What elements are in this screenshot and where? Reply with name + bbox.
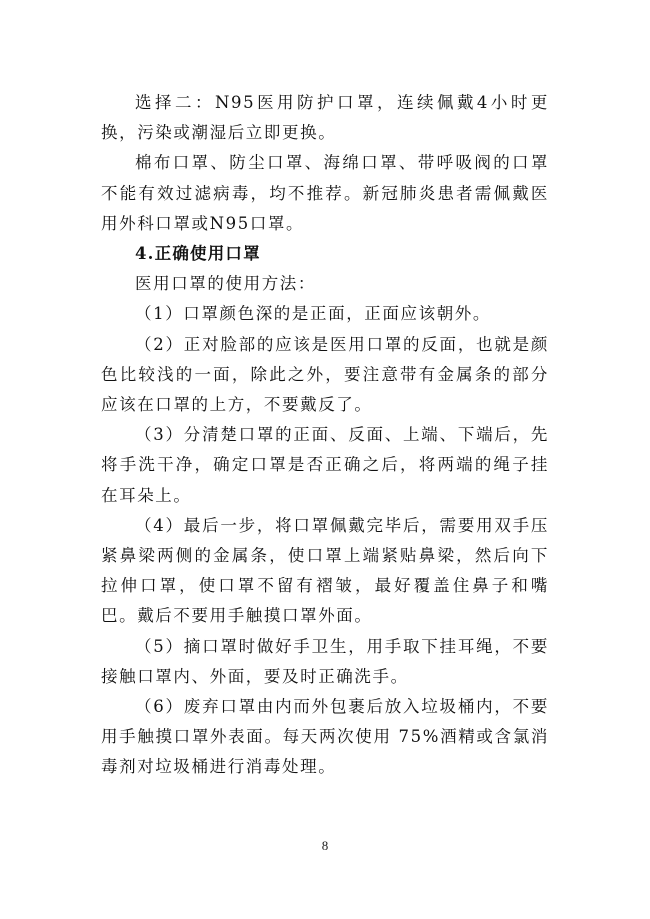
paragraph-usage-intro: 医用口罩的使用方法：: [101, 269, 549, 299]
document-page: 选择二：N95医用防护口罩，连续佩戴4小时更换，污染或潮湿后立即更换。 棉布口罩…: [0, 0, 650, 919]
paragraph-option-two: 选择二：N95医用防护口罩，连续佩戴4小时更换，污染或潮湿后立即更换。: [101, 88, 549, 148]
list-item-step-5: （5）摘口罩时做好手卫生，用手取下挂耳绳，不要接触口罩内、外面，要及时正确洗手。: [101, 632, 549, 692]
list-item-step-4: （4）最后一步，将口罩佩戴完毕后，需要用双手压紧鼻梁两侧的金属条，使口罩上端紧贴…: [101, 511, 549, 632]
page-body: 选择二：N95医用防护口罩，连续佩戴4小时更换，污染或潮湿后立即更换。 棉布口罩…: [101, 88, 549, 783]
list-item-step-2: （2）正对脸部的应该是医用口罩的反面，也就是颜色比较浅的一面，除此之外，要注意带…: [101, 330, 549, 421]
list-item-step-3: （3）分清楚口罩的正面、反面、上端、下端后，先将手洗干净，确定口罩是否正确之后，…: [101, 420, 549, 511]
list-item-step-6: （6）废弃口罩由内而外包裹后放入垃圾桶内，不要用手触摸口罩外表面。每天两次使用 …: [101, 692, 549, 783]
section-heading-correct-mask-use: 4.正确使用口罩: [101, 239, 549, 269]
page-number: 8: [0, 838, 650, 854]
list-item-step-1: （1）口罩颜色深的是正面，正面应该朝外。: [101, 299, 549, 329]
paragraph-not-recommended-masks: 棉布口罩、防尘口罩、海绵口罩、带呼吸阀的口罩不能有效过滤病毒，均不推荐。新冠肺炎…: [101, 148, 549, 239]
